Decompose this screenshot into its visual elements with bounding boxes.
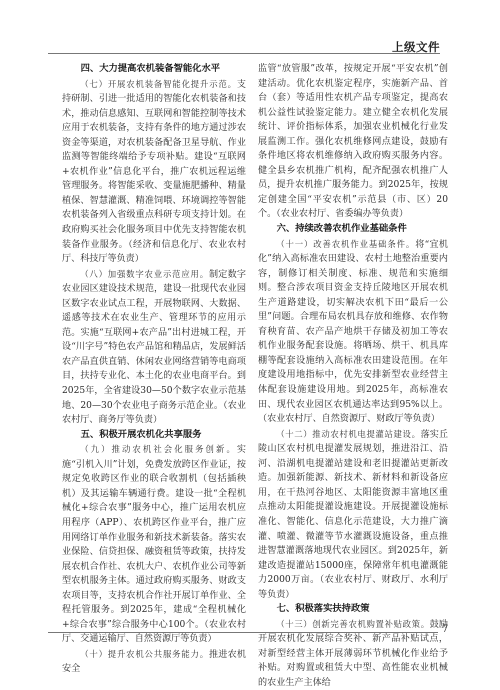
paragraph-body: 制定数字农业园区建设技术规范，建设一批现代农业园区数字农业试点工程，开展物联网、… <box>62 270 246 425</box>
paragraph-body: 实施“引机入川”计划，免费发放跨区作业证，按规定免收跨区作业的联合收割机（包括插… <box>62 445 246 644</box>
footer-divider <box>48 632 438 633</box>
heading-section-7: 七、积极落实扶持政策 <box>258 602 448 617</box>
paragraph-lead: （十三）创新完善农机购置补贴政策。 <box>276 619 430 629</box>
paragraph-7: （七）开展农机装备智能化提升示范。支持研制、引进一批适用的智能化农机装备和技术，… <box>62 77 246 267</box>
paragraph-9: （九）推动农机社会化服务创新。实施“引机入川”计划，免费发放跨区作业证，按规定免… <box>62 442 246 647</box>
header-divider <box>48 53 440 54</box>
paragraph-12: （十二）推动农村机电提灌站建设。落实丘陵山区农村机电提灌发展规划，推进沿江、沿河… <box>258 427 448 603</box>
heading-section-5: 五、积极开展农机化共享服务 <box>62 428 246 443</box>
paragraph-body: 支持研制、引进一批适用的智能化农机装备和技术，推动信息感知、互联网和智能控制等技… <box>62 80 246 265</box>
paragraph-lead: （十一）改善农机作业基础条件。 <box>276 239 415 249</box>
heading-section-6: 六、持续改善农机作业基础条件 <box>258 222 448 237</box>
paragraph-lead: （八）加强数字农业示范应用。 <box>80 269 209 279</box>
left-column: 四、大力提高农机装备智能化水平 （七）开展农机装备智能化提升示范。支持研制、引进… <box>62 62 246 677</box>
paragraph-8: （八）加强数字农业示范应用。制定数字农业园区建设技术规范，建设一批现代农业园区数… <box>62 267 246 428</box>
paragraph-body: 鼓励开展农机化发展综合奖补、新产品补贴试点，对新型经营主体开展薄弱环节机械化作业… <box>258 620 448 688</box>
paragraph-lead: （十）提升农机公共服务能力。 <box>80 649 209 659</box>
paragraph-body: 将“宜机化”纳入高标准农田建设、农村土地整治重要内容，制修订相关制度、标准、规范… <box>258 240 448 425</box>
paragraph-lead: （九）推动农机社会化服务创新。 <box>80 444 237 454</box>
page-number: 7 <box>442 624 448 635</box>
paragraph-13: （十三）创新完善农机购置补贴政策。鼓励开展农机化发展综合奖补、新产品补贴试点，对… <box>258 617 448 690</box>
paragraph-lead: （十二）推动农村机电提灌站建设。 <box>276 429 420 439</box>
paragraph-10-continued: 监管“放管服”改革，按规定开展“平安农机”创建活动。优化农机鉴定程序，实施新产品… <box>258 62 448 222</box>
paragraph-lead: （七）开展农机装备智能化提升示范。 <box>80 79 237 89</box>
heading-section-4: 四、大力提高农机装备智能化水平 <box>62 62 246 77</box>
paragraph-body: 落实丘陵山区农村机电提灌发展规划，推进沿江、沿河、沿湖机电提灌站建设和老旧提灌站… <box>258 430 448 600</box>
right-column: 监管“放管服”改革，按规定开展“平安农机”创建活动。优化农机鉴定程序，实施新产品… <box>258 62 448 690</box>
paragraph-11: （十一）改善农机作业基础条件。将“宜机化”纳入高标准农田建设、农村土地整治重要内… <box>258 237 448 427</box>
paragraph-10: （十）提升农机公共服务能力。推进农机安全 <box>62 647 246 677</box>
